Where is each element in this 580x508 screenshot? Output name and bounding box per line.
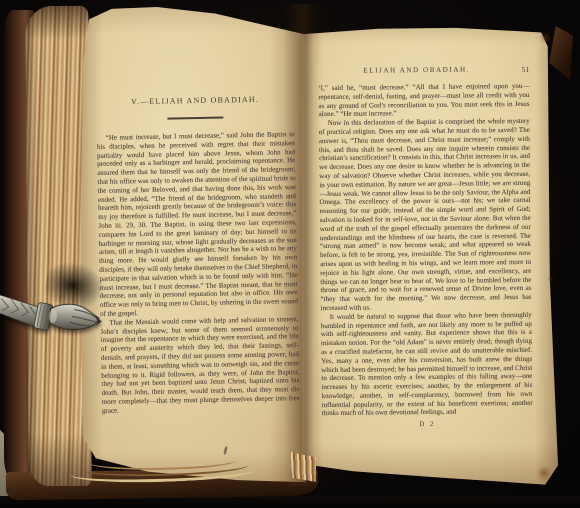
leather-cover-corner [549,26,573,80]
book-photo-scene: V.—ELIJAH AND OBADIAH. “He must increase… [0,0,580,508]
right-page-paragraph: It would be natural to suppose that thos… [321,311,533,419]
right-page-paragraph: ‘I,” said he, “must decrease.” “All that… [318,82,529,119]
left-page-paragraph: That the Messiah would come with help an… [100,315,300,416]
running-header-title: ELIJAH AND OBADIAH. [318,65,515,75]
foxing-spot [536,466,552,480]
right-page-text-block: ELIJAH AND OBADIAH. 51 ‘I,” said he, “mu… [318,65,533,429]
right-page-paragraph: Now in this declaration of the Baptist i… [319,117,532,313]
page-number: 51 [522,65,530,74]
left-page-paragraph: “He must increase, but I must decrease,”… [97,130,299,319]
silver-hand-clasp-icon [0,284,110,350]
foxing-spot [539,32,552,43]
heading-rule [167,116,223,119]
foxing-spot [547,276,554,282]
running-header: ELIJAH AND OBADIAH. 51 [318,65,529,77]
left-page-text-block: V.—ELIJAH AND OBADIAH. “He must increase… [96,94,300,415]
